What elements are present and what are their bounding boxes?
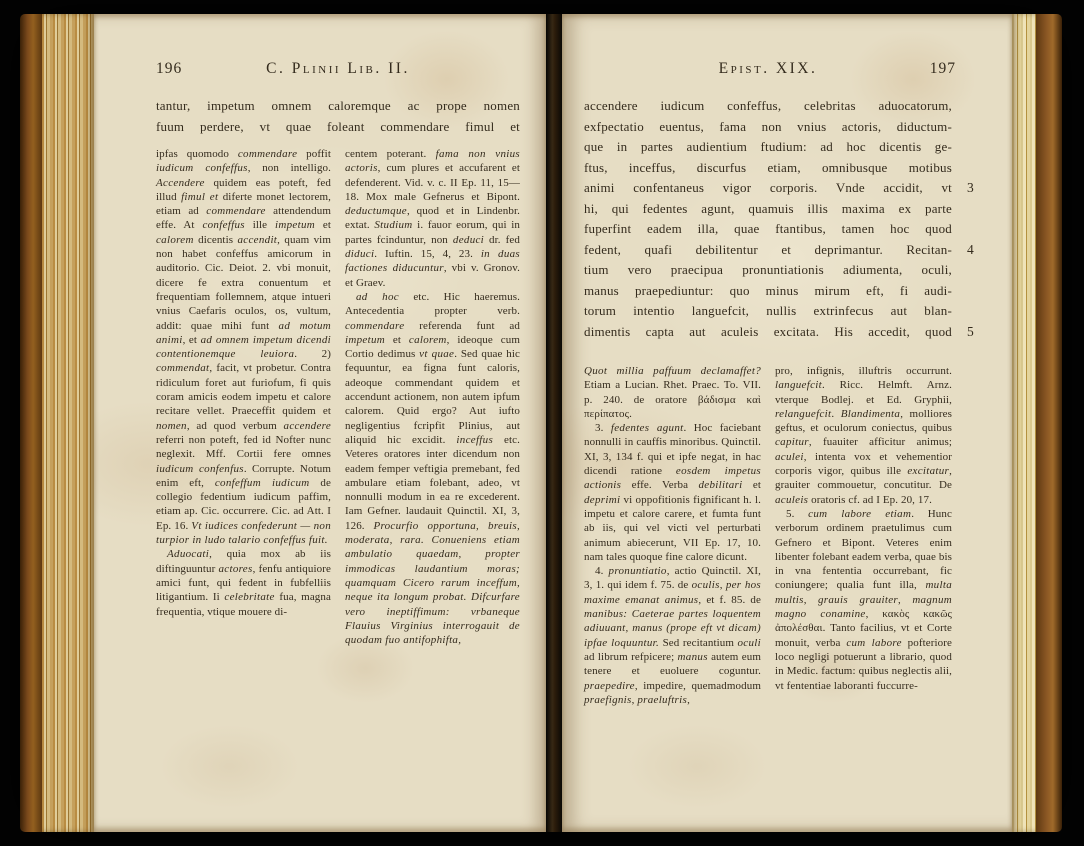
right-page-commentary: Quot millia paffuum declamaffet? Etiam a… xyxy=(584,364,952,707)
text-line-content: tium vero praecipua pronuntiationis adiu… xyxy=(584,260,952,281)
margin-section-number: 3 xyxy=(967,178,974,199)
text-line: ftus, inceffus, discurfus etiam, omnibus… xyxy=(584,158,952,179)
text-line: dimentis capta aut aculeis excitata. His… xyxy=(584,322,952,343)
photo-background: 196 C. Plinii Lib. II. tantur, impetum o… xyxy=(0,0,1084,846)
text-line: accendere iudicum confeffus, celebritas … xyxy=(584,96,952,117)
text-line: animi confentaneus vigor corporis. Vnde … xyxy=(584,178,952,199)
right-page-header: Epist. XIX. 197 xyxy=(584,60,952,84)
page-number-left: 196 xyxy=(156,60,182,78)
book-cover-left xyxy=(20,14,42,832)
book-gutter xyxy=(546,14,562,832)
left-page-commentary-col-left: ipfas quomodo commendare poffit iudicum … xyxy=(156,147,331,647)
left-page-content: 196 C. Plinii Lib. II. tantur, impetum o… xyxy=(156,60,520,808)
running-title-left: C. Plinii Lib. II. xyxy=(156,60,520,78)
right-page-commentary-col-right: pro, infignis, illuftris occurrunt. lang… xyxy=(775,364,952,707)
left-page-commentary: ipfas quomodo commendare poffit iudicum … xyxy=(156,147,520,647)
text-line-content: fedent, quafi debilitentur et deprimantu… xyxy=(584,240,952,261)
book-cover-right xyxy=(1036,14,1062,832)
page-edges-left xyxy=(42,14,94,832)
commentary-paragraph: Quot millia paffuum declamaffet? Etiam a… xyxy=(584,364,761,421)
text-line: hi, qui fedentes agunt, quamuis illis ma… xyxy=(584,199,952,220)
text-line-content: hi, qui fedentes agunt, quamuis illis ma… xyxy=(584,199,952,220)
right-page-commentary-col-left: Quot millia paffuum declamaffet? Etiam a… xyxy=(584,364,761,707)
text-line-content: manus praepediuntur: quo minus mirum eft… xyxy=(584,281,952,302)
left-page-main-text: tantur, impetum omnem caloremque ac prop… xyxy=(156,96,520,137)
text-line: fedent, quafi debilitentur et deprimantu… xyxy=(584,240,952,261)
commentary-paragraph: ipfas quomodo commendare poffit iudicum … xyxy=(156,147,331,547)
text-line: manus praepediuntur: quo minus mirum eft… xyxy=(584,281,952,302)
text-line-content: fuum perdere, vt quae foleant commendare… xyxy=(156,117,520,138)
left-page-header: 196 C. Plinii Lib. II. xyxy=(156,60,520,84)
text-line: tantur, impetum omnem caloremque ac prop… xyxy=(156,96,520,117)
text-line: que in partes audientium ftudium: ad hoc… xyxy=(584,137,952,158)
commentary-paragraph: Aduocati, quia mox ab iis diftinguuntur … xyxy=(156,547,331,618)
right-page: Epist. XIX. 197 accendere iudicum confef… xyxy=(562,14,1012,832)
commentary-paragraph: 4. pronuntiatio, actio Quinctil. XI, 3, … xyxy=(584,564,761,707)
commentary-paragraph: 5. cum labore etiam. Hunc verborum ordin… xyxy=(775,507,952,693)
margin-section-number: 4 xyxy=(967,240,974,261)
text-line-content: ftus, inceffus, discurfus etiam, omnibus… xyxy=(584,158,952,179)
left-page-commentary-col-right: centem poterant. fama non vnius actoris,… xyxy=(345,147,520,647)
right-page-content: Epist. XIX. 197 accendere iudicum confef… xyxy=(584,60,952,808)
text-line-content: tantur, impetum omnem caloremque ac prop… xyxy=(156,96,520,117)
text-line-content: dimentis capta aut aculeis excitata. His… xyxy=(584,322,952,343)
commentary-paragraph: centem poterant. fama non vnius actoris,… xyxy=(345,147,520,290)
text-line-content: torum intentio languefcit, nullis extrin… xyxy=(584,301,952,322)
text-line-content: accendere iudicum confeffus, celebritas … xyxy=(584,96,952,117)
text-line: fuum perdere, vt quae foleant commendare… xyxy=(156,117,520,138)
text-line-content: exfpectatio euentus, fama non vnius acto… xyxy=(584,117,952,138)
commentary-paragraph: pro, infignis, illuftris occurrunt. lang… xyxy=(775,364,952,507)
right-page-main-text: accendere iudicum confeffus, celebritas … xyxy=(584,96,952,342)
left-page: 196 C. Plinii Lib. II. tantur, impetum o… xyxy=(94,14,546,832)
text-line: tium vero praecipua pronuntiationis adiu… xyxy=(584,260,952,281)
text-line-content: animi confentaneus vigor corporis. Vnde … xyxy=(584,178,952,199)
page-edges-right xyxy=(1012,14,1036,832)
running-title-right: Epist. XIX. xyxy=(584,60,952,78)
text-line: torum intentio languefcit, nullis extrin… xyxy=(584,301,952,322)
text-line-content: que in partes audientium ftudium: ad hoc… xyxy=(584,137,952,158)
text-line: fuperfint eadem illa, quae ftantibus, ta… xyxy=(584,219,952,240)
margin-section-number: 5 xyxy=(967,322,974,343)
commentary-paragraph: ad hoc etc. Hic haeremus. Antecedentia p… xyxy=(345,290,520,647)
commentary-paragraph: 3. fedentes agunt. Hoc faciebant nonnull… xyxy=(584,421,761,564)
page-number-right: 197 xyxy=(930,60,956,78)
open-book: 196 C. Plinii Lib. II. tantur, impetum o… xyxy=(20,14,1062,832)
text-line: exfpectatio euentus, fama non vnius acto… xyxy=(584,117,952,138)
text-line-content: fuperfint eadem illa, quae ftantibus, ta… xyxy=(584,219,952,240)
